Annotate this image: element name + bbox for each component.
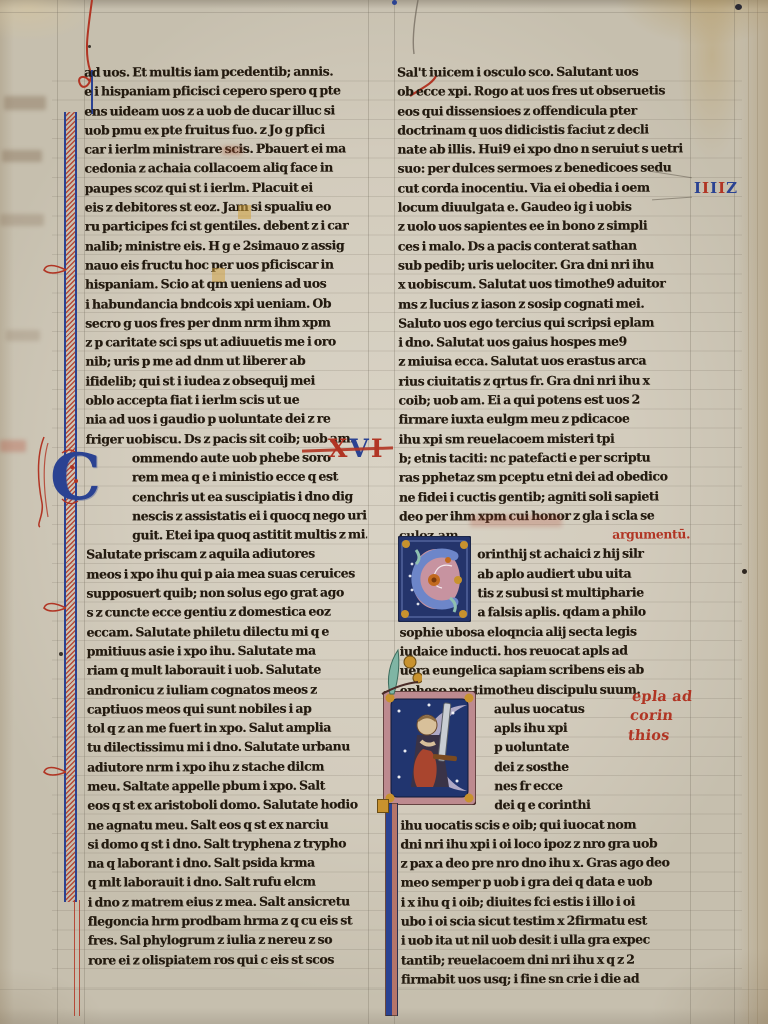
ruling-horizontal: [0, 989, 768, 990]
text-line: ihu uocatis scis e oib; qui iuocat nom: [400, 814, 691, 835]
text-line: oblo accepta fiat i ierlm scis ut ue: [85, 389, 366, 410]
text-line: fres. Sal phylogrum z iulia z nereu z so: [88, 930, 369, 951]
offset-smudge-red: [0, 440, 26, 452]
text-line: meo semper p uob i gra dei q data e uob: [401, 872, 692, 893]
text-line: dei q e corinthi: [494, 795, 691, 815]
text-line: cut corda inocentiu. Via ei obedia i oem: [397, 177, 688, 198]
text-line: guit. Etei ipa quoq astitit multis z mi.: [132, 525, 367, 545]
chapter-numeral: XVI: [328, 434, 385, 463]
text-line: i uob ita ut nil uob desit i ulla gra ex…: [401, 930, 692, 951]
romans-16-salutations: Salutate priscam z aquila adiutoresmeos …: [86, 544, 369, 970]
text-line: ne agnatu meu. Salt eos q st ex narciu: [87, 814, 368, 835]
initial-panel-icon: [398, 536, 471, 622]
text-line: s z cuncte ecce gentiu z domestica eoz: [86, 602, 367, 623]
text-line: ubo i oi scia sicut testim x 2firmatu es…: [401, 910, 692, 931]
offset-smudge: [6, 330, 40, 341]
text-line: nib; uris p me ad dnm ut liberer ab: [85, 351, 366, 372]
marginal-rubric-line: corin: [629, 706, 691, 725]
text-line: supposuert quib; non solus ego grat ago: [86, 582, 367, 603]
marginal-rubric-line: epla ad: [631, 687, 693, 706]
text-line: na q laborant i dno. Salt psida krma: [87, 853, 368, 874]
text-line: friger uobiscu. Ds z pacis sit coib; uob…: [86, 428, 367, 449]
text-line: z p caritate sci sps ut adiuuetis me i o…: [85, 332, 366, 353]
text-line: Sal't iuicem i osculo sco. Salutant uos: [397, 61, 688, 82]
text-line: nauo eis fructu hoc per uos pficiscar in: [85, 254, 366, 275]
text-line: b; etnis taciti: nc patefacti e per scri…: [399, 447, 690, 468]
text-line: i x ihu q i oib; diuites fci estis i ill…: [401, 891, 692, 912]
text-line: suo: per dulces sermoes z benedicoes sed…: [397, 158, 688, 179]
offset-smudge: [4, 96, 46, 110]
text-line: dei z sosthe: [494, 756, 691, 776]
text-line: ces i malo. Ds a pacis conterat sathan: [398, 235, 689, 256]
text-line: ru participes fci st gentiles. debent z …: [85, 216, 366, 237]
text-line: nes fr ecce: [494, 775, 691, 795]
offset-smudge: [0, 214, 44, 226]
text-line: rore ei z olispiatem ros qui c eis st sc…: [88, 949, 369, 970]
text-line: tantib; reuelacoem dni nri ihu x q z 2: [401, 949, 692, 970]
blue-speck: [392, 0, 397, 5]
historiated-initial-paul: [383, 691, 476, 805]
text-line: rius ciuitatis z qrtus fr. Gra dni nri i…: [398, 370, 689, 391]
text-line: hispaniam. Scio at qm ueniens ad uos: [85, 274, 366, 295]
text-line: firmare iuxta eulgm meu z pdicacoe: [398, 409, 689, 430]
gold-node: [377, 799, 389, 813]
text-line: a falsis aplis. qdam a philo: [477, 602, 690, 622]
rust-smudge: [222, 146, 242, 155]
romans-16-end-text: Sal't iuicem i osculo sco. Salutant uoso…: [397, 61, 690, 525]
text-line: z uolo uos sapientes ee in bono z simpli: [398, 216, 689, 237]
margin-numeral: IIIIZ: [694, 179, 738, 197]
text-line: secro g uos fres per dnm nrm ihm xpm: [85, 312, 366, 333]
text-line: meu. Saltate appelle pbum i xpo. Salt: [87, 775, 368, 796]
text-line: ens uideam uos z a uob de ducar illuc si: [84, 100, 365, 121]
text-line: ihu xpi sm reuelacoem misteri tpi: [399, 428, 690, 449]
text-line: i dno. Salutat uos gaius hospes me9: [398, 332, 689, 353]
text-line: ab aplo audiert ubu uita: [477, 563, 690, 583]
text-line: pmitiuus asie i xpo ihu. Salutate ma: [87, 640, 368, 661]
numeral-char: I: [694, 179, 702, 197]
text-line: q mlt laborauit i dno. Salt rufu elcm: [88, 872, 369, 893]
ruling-horizontal: [0, 12, 768, 13]
text-line: ob ecce xpi. Rogo at uos fres ut obserue…: [397, 81, 688, 102]
text-line: nescis z assistatis ei i quocq nego uri …: [132, 505, 367, 525]
text-line: i dno z matrem eius z mea. Salt ansicret…: [88, 891, 369, 912]
text-line: nalib; ministre eis. H g e 2simauo z ass…: [85, 235, 366, 256]
text-line: z miuisa ecca. Salutat uos erastus arca: [398, 351, 689, 372]
initial-c-glyph: C: [50, 435, 101, 521]
text-line: Salutate priscam z aquila adiutores: [86, 544, 367, 565]
parchment-crease: [757, 0, 758, 1024]
text-line: locum diuulgata e. Gaudeo ig i uobis: [398, 196, 689, 217]
text-line: coib; uob am. Ei a qui potens est uos 2: [398, 389, 689, 410]
paul-panel-icon: [383, 691, 476, 805]
text-line: eos q st ex aristoboli domo. Salutate ho…: [87, 795, 368, 816]
text-line: iudaice inducti. hos reuocat apls ad: [400, 640, 691, 661]
text-line: z pax a deo pre nro dno ihu x. Gras ago …: [400, 853, 691, 874]
ink-speck: [742, 569, 747, 574]
decorated-initial-c: C: [42, 441, 108, 527]
numeral-char: I: [718, 179, 726, 197]
text-line: rem mea q e i ministio ecce q est: [132, 467, 367, 487]
illuminated-initial-argumentum: [398, 536, 471, 622]
parchment-crease: [748, 0, 749, 1024]
numeral-char: V: [349, 434, 370, 463]
text-line: cenchris ut ea suscipiatis i dno dig: [132, 486, 367, 506]
ink-speck: [735, 4, 742, 10]
text-line: andronicu z iuliam cognatos meos z: [87, 679, 368, 700]
text-line: flegoncia hrm prodbam hrma z q cu eis st: [88, 910, 369, 931]
text-line: meos i xpo ihu qui p aia mea suas ceruic…: [86, 563, 367, 584]
ink-speck: [88, 45, 91, 48]
text-line: ifidelib; qui st i iudea z obsequij mei: [85, 370, 366, 391]
marginal-rubric-epistola: epla ad corin thios: [627, 687, 693, 745]
initial-p-descender: [385, 803, 398, 1016]
corinthians-1-text: ihu uocatis scis e oib; qui iuocat nomdn…: [400, 814, 692, 989]
text-line: tis z subusi st multipharie: [477, 582, 690, 602]
argumentum-rubric: argumentū.: [612, 524, 690, 544]
text-line: firmabit uos usq; i fine sn crie i die a…: [401, 968, 692, 989]
text-line: ms z lucius z iason z sosip cognati mei.: [398, 293, 689, 314]
text-line: i habundancia bndcois xpi ueniam. Ob: [85, 293, 366, 314]
gold-touch: [212, 268, 225, 282]
text-line: tu dilectissimu mi i dno. Salutate urban…: [87, 737, 368, 758]
numeral-char: I: [371, 434, 385, 463]
text-line: paupes scoz qui st i ierlm. Placuit ei: [85, 177, 366, 198]
gold-touch: [238, 205, 251, 219]
numeral-char: X: [328, 434, 349, 463]
text-line: Saluto uos ego tercius qui scripsi eplam: [398, 312, 689, 333]
text-line: ne fidei i cuctis gentib; agniti soli sa…: [399, 486, 690, 507]
red-ruling-rails: [74, 900, 80, 1016]
offset-smudge-red: [470, 515, 562, 527]
numeral-char: I: [710, 179, 718, 197]
marginal-rubric-line: thios: [627, 726, 689, 745]
text-line: uob pmu ex pte fruitus fuo. z Jo g pfici: [84, 119, 365, 140]
text-line: eos qui dissensioes z offendicula pter: [397, 100, 688, 121]
text-line: eis z debitores st eoz. Jam si spualiu e…: [85, 196, 366, 217]
text-column-left: ad uos. Et multis iam pcedentib; annis.e…: [84, 61, 369, 969]
text-line: cedonia z achaia collacoem aliq face in: [84, 158, 365, 179]
text-line: captiuos meos qui sunt nobiles i ap: [87, 698, 368, 719]
text-line: ad uos. Et multis iam pcedentib; annis.: [84, 61, 365, 82]
ruling-vertical: [734, 0, 735, 1024]
numeral-char: I: [702, 179, 710, 197]
text-line: adiutore nrm i xpo ihu z stache dilcm: [87, 756, 368, 777]
text-line: nia ad uos i gaudio p uoluntate dei z re: [86, 409, 367, 430]
manuscript-page: ad uos. Et multis iam pcedentib; annis.e…: [0, 0, 768, 1024]
romans-15-text: ad uos. Et multis iam pcedentib; annis.e…: [84, 61, 367, 448]
text-line: sub pedib; uris uelociter. Gra dni nri i…: [398, 254, 689, 275]
text-line: riam q mult laborauit i uob. Salutate: [87, 660, 368, 681]
text-line: nate ab illis. Hui9 ei xpo dno n seruiut…: [397, 139, 688, 160]
text-line: orinthij st achaici z hij silr: [477, 544, 690, 564]
offset-smudge: [2, 150, 42, 162]
text-line: x uobiscum. Salutat uos timothe9 aduitor: [398, 274, 689, 295]
ink-speck: [59, 652, 63, 656]
text-line: e i hispaniam pficisci cepero spero q pt…: [84, 81, 365, 102]
text-line: si domo q st i dno. Salt tryphena z tryp…: [87, 833, 368, 854]
text-line: sophie ubosa eloqncia alij secta legis: [399, 621, 690, 642]
romans-16-opening: ommendo aute uob phebe sororem mea q e i…: [86, 447, 367, 545]
text-line: tol q z an me fuert in xpo. Salut amplia: [87, 717, 368, 738]
text-line: ras pphetaz sm pceptu etni dei ad obedic…: [399, 467, 690, 488]
text-line: eccam. Salutate philetu dilectu mi q e: [86, 621, 367, 642]
text-line: dni nri ihu xpi i oi loco ipoz z nro gra…: [400, 833, 691, 854]
text-line: uera eungelica sapiam scribens eis ab: [400, 660, 691, 681]
text-line: doctrinam q uos didicistis faciut z decl…: [397, 119, 688, 140]
numeral-char: Z: [726, 179, 738, 197]
